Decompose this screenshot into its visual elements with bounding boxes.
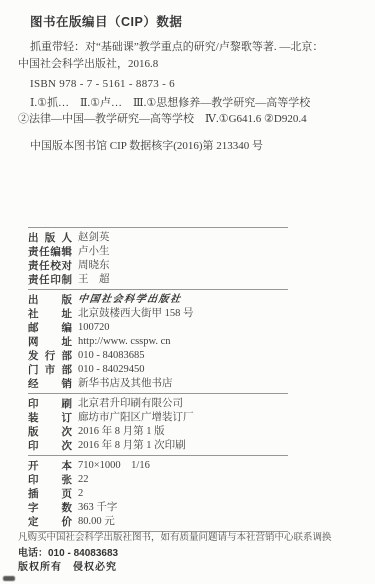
colophon-block-publisher: 出版中国社会科学出版社社址北京鼓楼西大街甲 158 号邮编100720网址htt… — [28, 289, 288, 393]
colophon-row: 责任编辑卢小生 — [28, 245, 288, 259]
colophon-value: 2 — [78, 487, 83, 501]
colophon-label: 门市部 — [28, 363, 72, 377]
colophon-row: 定价80.00 元 — [28, 515, 288, 529]
colophon-label: 社址 — [28, 307, 72, 321]
colophon-label: 版次 — [28, 425, 72, 439]
colophon-row: 发行部010 - 84083685 — [28, 349, 288, 363]
colophon-value: 010 - 84083685 — [78, 349, 145, 363]
colophon-block-printing: 印刷北京君升印刷有限公司装订廊坊市广阳区广增装订厂版次2016 年 8 月第 1… — [28, 393, 288, 455]
contact-phone: 电话：010 - 84083683 — [18, 547, 365, 561]
colophon-row: 版次2016 年 8 月第 1 版 — [28, 425, 288, 439]
colophon-row: 责任校对周晓东 — [28, 259, 288, 273]
colophon-value: 北京君升印刷有限公司 — [78, 397, 183, 411]
colophon-block-format: 开本710×1000 1/16印张22插页2字数363 千字定价80.00 元 — [28, 455, 288, 531]
colophon-value: 王 超 — [78, 273, 110, 287]
colophon-row: 印次2016 年 8 月第 1 次印刷 — [28, 439, 288, 453]
isbn-line: ISBN 978 - 7 - 5161 - 8873 - 6 — [18, 76, 361, 93]
colophon-value: 廊坊市广阳区广增装订厂 — [78, 411, 194, 425]
footer-section: 凡购买中国社会科学出版社图书，如有质量问题请与本社营销中心联系调换 电话：010… — [18, 531, 365, 575]
colophon-row: 开本710×1000 1/16 — [28, 459, 288, 473]
colophon-label: 责任校对 — [28, 259, 72, 273]
colophon-row: 社址北京鼓楼西大街甲 158 号 — [28, 307, 288, 321]
colophon-row: 网址http://www. csspw. cn — [28, 335, 288, 349]
colophon-block-staff: 出版人赵剑英责任编辑卢小生责任校对周晓东责任印制王 超 — [28, 227, 288, 289]
colophon-row: 插页2 — [28, 487, 288, 501]
colophon-label: 开本 — [28, 459, 72, 473]
colophon-row: 邮编100720 — [28, 321, 288, 335]
colophon-row: 字数363 千字 — [28, 501, 288, 515]
colophon-value: 2016 年 8 月第 1 次印刷 — [78, 439, 186, 453]
cip-body: 抓重带轻：对“基础课”教学重点的研究/卢黎歌等著. —北京： 中国社会科学出版社… — [18, 39, 361, 154]
classification-line-1: Ⅰ.①抓… Ⅱ.①卢… Ⅲ.①思想修养—教学研究—高等学校 — [18, 95, 361, 112]
colophon-row: 出版中国社会科学出版社 — [28, 293, 288, 307]
colophon-value: 周晓东 — [78, 259, 110, 273]
colophon-value: 80.00 元 — [78, 515, 115, 529]
colophon-row: 出版人赵剑英 — [28, 231, 288, 245]
colophon-row: 门市部010 - 84029450 — [28, 363, 288, 377]
colophon-table: 出版人赵剑英责任编辑卢小生责任校对周晓东责任印制王 超出版中国社会科学出版社社址… — [28, 227, 288, 532]
cip-section: 图书在版编目（CIP）数据 抓重带轻：对“基础课”教学重点的研究/卢黎歌等著. … — [18, 12, 361, 154]
colophon-value: 010 - 84029450 — [78, 363, 145, 377]
colophon-label: 印刷 — [28, 397, 72, 411]
colophon-value: 22 — [78, 473, 89, 487]
colophon-label: 责任印制 — [28, 273, 72, 287]
cip-record-number: 中国版本图书馆 CIP 数据核字(2016)第 213340 号 — [18, 138, 361, 155]
quality-notice: 凡购买中国社会科学出版社图书，如有质量问题请与本社营销中心联系调换 — [18, 531, 365, 544]
colophon-label: 出版 — [28, 293, 72, 307]
colophon-value: 北京鼓楼西大街甲 158 号 — [78, 307, 194, 321]
colophon-label: 印张 — [28, 473, 72, 487]
colophon-label: 邮编 — [28, 321, 72, 335]
colophon-row: 责任印制王 超 — [28, 273, 288, 287]
colophon-value: 710×1000 1/16 — [78, 459, 150, 473]
cip-title-line-1: 抓重带轻：对“基础课”教学重点的研究/卢黎歌等著. —北京： — [18, 39, 361, 56]
colophon-label: 发行部 — [28, 349, 72, 363]
colophon-label: 印次 — [28, 439, 72, 453]
colophon-label: 字数 — [28, 501, 72, 515]
colophon-label: 定价 — [28, 515, 72, 529]
publisher-signature: 中国社会科学出版社 — [77, 293, 182, 307]
colophon-value: 100720 — [78, 321, 110, 335]
colophon-value: 新华书店及其他书店 — [78, 377, 173, 391]
colophon-row: 印刷北京君升印刷有限公司 — [28, 397, 288, 411]
colophon-label: 网址 — [28, 335, 72, 349]
classification-block: Ⅰ.①抓… Ⅱ.①卢… Ⅲ.①思想修养—教学研究—高等学校 ②法律—中国—教学研… — [18, 95, 361, 128]
colophon-value: 卢小生 — [78, 245, 110, 259]
book-copyright-page: 图书在版编目（CIP）数据 抓重带轻：对“基础课”教学重点的研究/卢黎歌等著. … — [0, 0, 375, 584]
cip-heading: 图书在版编目（CIP）数据 — [18, 12, 361, 30]
colophon-label: 责任编辑 — [28, 245, 72, 259]
colophon-label: 经销 — [28, 377, 72, 391]
colophon-label: 出版人 — [28, 231, 72, 245]
colophon-row: 印张22 — [28, 473, 288, 487]
cip-title-line-2: 中国社会科学出版社，2016.8 — [18, 56, 361, 73]
colophon-value: 363 千字 — [78, 501, 117, 515]
colophon-row: 装订廊坊市广阳区广增装订厂 — [28, 411, 288, 425]
colophon-value: 赵剑英 — [78, 231, 110, 245]
copyright-notice: 版权所有 侵权必究 — [18, 561, 365, 575]
colophon-row: 经销新华书店及其他书店 — [28, 377, 288, 391]
classification-line-2: ②法律—中国—教学研究—高等学校 Ⅳ.①G641.6 ②D920.4 — [18, 111, 361, 128]
colophon-label: 装订 — [28, 411, 72, 425]
colophon-value: http://www. csspw. cn — [78, 335, 171, 349]
colophon-label: 插页 — [28, 487, 72, 501]
scan-artifact — [3, 576, 15, 581]
colophon-value: 2016 年 8 月第 1 版 — [78, 425, 165, 439]
